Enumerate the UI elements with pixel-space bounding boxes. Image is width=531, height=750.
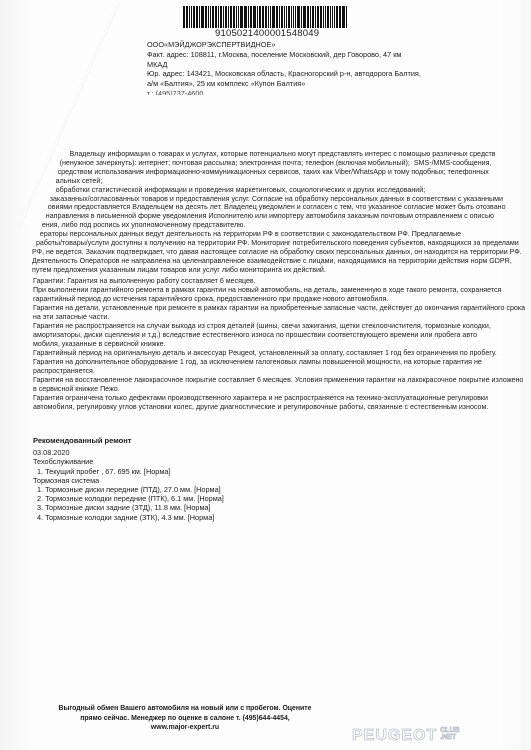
consent-line: средством использования информационно-ко… — [32, 168, 526, 177]
barcode-bar — [327, 6, 329, 28]
barcode-bar — [317, 6, 319, 28]
barcode-bar — [301, 6, 302, 28]
barcode-bar — [212, 6, 214, 28]
barcode-bar — [215, 6, 217, 28]
barcode-bar — [238, 6, 239, 28]
barcode-bar — [186, 6, 188, 28]
barcode-bar — [336, 6, 338, 28]
barcode-bar — [210, 6, 211, 28]
barcode-bar — [325, 6, 326, 28]
peugeot-club-watermark: PEUGEOTCLUB.NET — [352, 727, 460, 745]
barcode-bar — [342, 6, 345, 28]
barcode-bar — [233, 6, 235, 28]
company-header: ООО«МЭЙДЖОРЭКСПЕРТВИДНОЕ» Факт. адрес: 1… — [147, 40, 467, 95]
consent-line: овиями предоставляется Владельцем на дес… — [32, 203, 526, 212]
barcode-bar — [310, 6, 311, 28]
warranty-line: При выполнении гарантийного ремонта в ра… — [33, 286, 527, 295]
warranty-line: Гарантийный период на оригинальную детал… — [33, 349, 527, 358]
consent-line: Деятельность Операторов не направлена на… — [32, 257, 526, 266]
footer-website: www.major-expert.ru — [40, 723, 330, 733]
warranty-line: распространяется. — [33, 367, 527, 376]
repair-date: 03.08.2020 — [33, 448, 224, 457]
repair-item: 1. Текущий пробег , 67. 695 км. [Норма] — [33, 467, 224, 476]
barcode-bar — [225, 6, 227, 28]
barcode-bar — [315, 6, 316, 28]
barcode-bar — [259, 6, 261, 28]
warranty-line: в сервисной книжке Пежо. — [33, 385, 527, 394]
warranty-line: амортизаторы, диски сцепления и т.д.) вс… — [33, 331, 527, 340]
barcode-bar — [346, 6, 347, 28]
consent-line: РФ, не ведется. Заказчик подтверждает, ч… — [32, 248, 526, 257]
watermark-suffix: CLUB.NET — [440, 727, 459, 741]
consent-line: направления в письменной форме уведомлен… — [32, 212, 526, 221]
consent-line: Владельцу информации о товарах и услугах… — [32, 150, 526, 159]
barcode — [183, 6, 363, 28]
repair-section-title: Техобслуживание — [33, 457, 224, 466]
barcode-bar — [196, 6, 198, 28]
barcode-bar — [307, 6, 309, 28]
barcode-bar — [262, 6, 264, 28]
legal-address-cont: а/м «Балтия», 25 км комплекс «Купон Балт… — [147, 79, 467, 89]
warranty-line: автомобиля, регулировку углов установки … — [33, 403, 527, 412]
barcode-bar — [279, 6, 280, 28]
warranty-line: гарантийный период до истечения гарантий… — [33, 295, 527, 304]
watermark-brand: PEUGEOT — [352, 727, 437, 744]
barcode-bar — [268, 6, 269, 28]
barcode-number: 9105021400001548049 — [215, 28, 319, 39]
barcode-bar — [272, 6, 275, 28]
barcode-bar — [189, 6, 190, 28]
warranty-line: Гарантия на дополнительное оборудование … — [33, 358, 527, 367]
barcode-bar — [191, 6, 192, 28]
consent-line: обработки статистической информации и пр… — [32, 186, 526, 195]
barcode-bar — [303, 6, 306, 28]
barcode-bar — [332, 6, 333, 28]
barcode-bar — [276, 6, 278, 28]
barcode-bar — [257, 6, 258, 28]
barcode-bar — [201, 6, 204, 28]
warranty-line: Гарантия ограничена только дефектами про… — [33, 394, 527, 403]
barcode-bar — [320, 6, 322, 28]
barcode-bar — [220, 6, 222, 28]
fact-address-cont: МКАД — [147, 60, 467, 70]
warranty-line: Гарантия на детали, установленные при ре… — [33, 304, 527, 313]
legal-address: Юр. адрес: 143421, Московская область, К… — [147, 69, 467, 79]
consent-line: заказанных/согласованных товаров и предо… — [32, 195, 526, 204]
consent-line: альных сетей; — [32, 177, 526, 186]
repair-item: 2. Тормозные колодки передние (ПТК), 6.1… — [33, 494, 224, 503]
phone: т.: (495)737-4600 — [147, 89, 467, 95]
barcode-bar — [205, 6, 207, 28]
barcode-bar — [297, 6, 300, 28]
consent-line: ения, либо под роспись их уполномоченном… — [32, 221, 526, 230]
barcode-bar — [281, 6, 283, 28]
barcode-bar — [250, 6, 252, 28]
barcode-bar — [288, 6, 290, 28]
footer-line-2: прямо сейчас. Менеджер по оценке в салон… — [40, 714, 330, 724]
barcode-bar — [284, 6, 285, 28]
barcode-bar — [244, 6, 247, 28]
trade-in-footer: Выгодный обмен Вашего автомобиля на новы… — [40, 704, 330, 733]
recommended-repair: Рекомендованный ремонт 03.08.2020 Техобс… — [33, 436, 224, 522]
warranty-line: Гарантии: Гарантия на выполненную работу… — [33, 277, 527, 286]
barcode-bar — [240, 6, 243, 28]
repair-item: 4. Тормозные колодки задние (ЗТК), 4.3 м… — [33, 513, 224, 522]
barcode-bar — [253, 6, 256, 28]
warranty-line: на эти запасные части. — [33, 313, 527, 322]
barcode-bar — [334, 6, 335, 28]
company-name: ООО«МЭЙДЖОРЭКСПЕРТВИДНОЕ» — [147, 40, 467, 50]
consent-line: путем предложения указанным лицам товаро… — [32, 266, 526, 275]
barcode-bar — [199, 6, 200, 28]
barcode-bar — [193, 6, 195, 28]
barcode-bar — [339, 6, 341, 28]
footer-line-1: Выгодный обмен Вашего автомобиля на новы… — [40, 704, 330, 714]
scanned-page: 9105021400001548049 ООО«МЭЙДЖОРЭКСПЕРТВИ… — [0, 0, 531, 750]
consent-line: (ненужное зачеркнуть): интернет; почтова… — [32, 159, 526, 168]
barcode-bar — [228, 6, 229, 28]
repair-item: 1. Тормозные диски передние (ПТД), 27.0 … — [33, 485, 224, 494]
barcode-bar — [286, 6, 287, 28]
barcode-bar — [265, 6, 267, 28]
barcode-bar — [330, 6, 331, 28]
warranty-line: мобиля, указанные в сервисной книжке. — [33, 340, 527, 349]
barcode-bar — [270, 6, 271, 28]
consent-text: Владельцу информации о товарах и услугах… — [32, 150, 526, 275]
fact-address: Факт. адрес: 108811, г.Москва, поселение… — [147, 50, 467, 60]
warranty-text: Гарантии: Гарантия на выполненную работу… — [33, 277, 527, 412]
warranty-line: Гарантия не распространяется на случаи в… — [33, 322, 527, 331]
repair-item: 3. Тормозные диски задние (ЗТД), 11.8 мм… — [33, 503, 224, 512]
barcode-bar — [236, 6, 237, 28]
barcode-bar — [230, 6, 232, 28]
barcode-bar — [312, 6, 314, 28]
barcode-bar — [183, 6, 185, 28]
barcode-bar — [323, 6, 324, 28]
consent-line: ераторы персональных данных ведут деятел… — [32, 230, 526, 239]
barcode-bar — [248, 6, 249, 28]
repair-sections: Техобслуживание1. Текущий пробег , 67. 6… — [33, 457, 224, 521]
consent-line: работы/товары/услуги доступны к получени… — [32, 239, 526, 248]
barcode-bar — [223, 6, 224, 28]
warranty-line: Гарантия на восстановленное лакокрасочно… — [33, 376, 527, 385]
repair-title: Рекомендованный ремонт — [33, 436, 224, 445]
barcode-bar — [293, 6, 294, 28]
barcode-bar — [295, 6, 296, 28]
barcode-bar — [218, 6, 219, 28]
repair-section-title: Тормозная система — [33, 476, 224, 485]
barcode-bar — [291, 6, 292, 28]
barcode-bar — [208, 6, 209, 28]
